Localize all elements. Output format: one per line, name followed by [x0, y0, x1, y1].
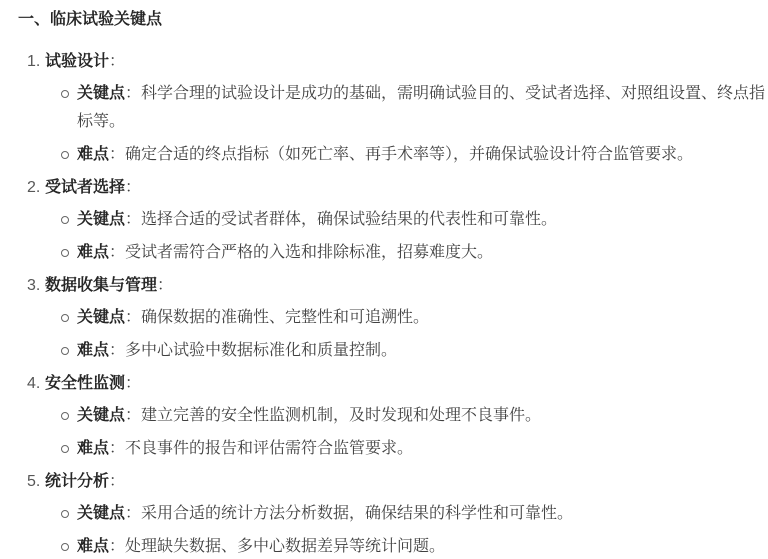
item-title-colon: ： — [109, 473, 125, 490]
bullet-difficulty: 难点：确定合适的终点指标（如死亡率、再手术率等），并确保试验设计符合监管要求。 — [77, 141, 768, 169]
bullet-label: 关键点 — [77, 309, 125, 326]
bullet-text: 选择合适的受试者群体，确保试验结果的代表性和可靠性。 — [141, 211, 557, 228]
bullet-label-colon: ： — [125, 211, 141, 228]
sub-list: 关键点：采用合适的统计方法分析数据，确保结果的科学性和可靠性。难点：处理缺失数据… — [45, 500, 768, 559]
item-title: 安全性监测 — [45, 375, 125, 392]
bullet-label-colon: ： — [125, 85, 141, 102]
bullet-label-colon: ： — [109, 538, 125, 555]
sub-list: 关键点：确保数据的准确性、完整性和可追溯性。难点：多中心试验中数据标准化和质量控… — [45, 304, 768, 365]
circle-bullet-icon — [61, 347, 69, 355]
circle-bullet-icon — [61, 314, 69, 322]
list-item-section: 3.数据收集与管理：关键点：确保数据的准确性、完整性和可追溯性。难点：多中心试验… — [45, 272, 768, 365]
circle-bullet-icon — [61, 249, 69, 257]
circle-bullet-icon — [61, 412, 69, 420]
circle-bullet-icon — [61, 90, 69, 98]
bullet-text: 科学合理的试验设计是成功的基础，需明确试验目的、受试者选择、对照组设置、终点指标… — [77, 85, 765, 130]
bullet-text: 确定合适的终点指标（如死亡率、再手术率等），并确保试验设计符合监管要求。 — [125, 146, 693, 163]
key-points-list: 1.试验设计：关键点：科学合理的试验设计是成功的基础，需明确试验目的、受试者选择… — [0, 48, 768, 559]
bullet-label-colon: ： — [109, 146, 125, 163]
list-item-section: 2.受试者选择：关键点：选择合适的受试者群体，确保试验结果的代表性和可靠性。难点… — [45, 174, 768, 267]
bullet-keypoint: 关键点：建立完善的安全性监测机制，及时发现和处理不良事件。 — [77, 402, 768, 430]
bullet-label-colon: ： — [109, 342, 125, 359]
page-title: 一、临床试验关键点 — [18, 10, 768, 30]
item-title: 数据收集与管理 — [45, 277, 157, 294]
bullet-label-colon: ： — [109, 244, 125, 261]
sub-list: 关键点：建立完善的安全性监测机制，及时发现和处理不良事件。难点：不良事件的报告和… — [45, 402, 768, 463]
bullet-label: 关键点 — [77, 505, 125, 522]
bullet-label: 难点 — [77, 440, 109, 457]
bullet-text: 受试者需符合严格的入选和排除标准，招募难度大。 — [125, 244, 493, 261]
bullet-label-colon: ： — [125, 505, 141, 522]
circle-bullet-icon — [61, 543, 69, 551]
bullet-difficulty: 难点：处理缺失数据、多中心数据差异等统计问题。 — [77, 533, 768, 559]
list-item-section: 1.试验设计：关键点：科学合理的试验设计是成功的基础，需明确试验目的、受试者选择… — [45, 48, 768, 169]
item-title: 试验设计 — [45, 53, 109, 70]
item-number: 3. — [27, 272, 40, 300]
bullet-label: 难点 — [77, 538, 109, 555]
bullet-text: 不良事件的报告和评估需符合监管要求。 — [125, 440, 413, 457]
item-title-colon: ： — [109, 53, 125, 70]
bullet-keypoint: 关键点：确保数据的准确性、完整性和可追溯性。 — [77, 304, 768, 332]
bullet-keypoint: 关键点：科学合理的试验设计是成功的基础，需明确试验目的、受试者选择、对照组设置、… — [77, 80, 768, 136]
item-title-colon: ： — [125, 179, 141, 196]
sub-list: 关键点：科学合理的试验设计是成功的基础，需明确试验目的、受试者选择、对照组设置、… — [45, 80, 768, 169]
circle-bullet-icon — [61, 216, 69, 224]
bullet-label: 难点 — [77, 342, 109, 359]
bullet-difficulty: 难点：不良事件的报告和评估需符合监管要求。 — [77, 435, 768, 463]
item-title-colon: ： — [125, 375, 141, 392]
bullet-label: 关键点 — [77, 407, 125, 424]
circle-bullet-icon — [61, 445, 69, 453]
bullet-label-colon: ： — [125, 309, 141, 326]
list-item-section: 5.统计分析：关键点：采用合适的统计方法分析数据，确保结果的科学性和可靠性。难点… — [45, 468, 768, 559]
bullet-label-colon: ： — [125, 407, 141, 424]
bullet-difficulty: 难点：多中心试验中数据标准化和质量控制。 — [77, 337, 768, 365]
bullet-text: 处理缺失数据、多中心数据差异等统计问题。 — [125, 538, 445, 555]
item-number: 2. — [27, 174, 40, 202]
item-number: 1. — [27, 48, 40, 76]
bullet-label: 关键点 — [77, 85, 125, 102]
list-item-section: 4.安全性监测：关键点：建立完善的安全性监测机制，及时发现和处理不良事件。难点：… — [45, 370, 768, 463]
document-page: { "page": { "background": "#ffffff", "te… — [0, 0, 768, 559]
bullet-keypoint: 关键点：采用合适的统计方法分析数据，确保结果的科学性和可靠性。 — [77, 500, 768, 528]
bullet-text: 多中心试验中数据标准化和质量控制。 — [125, 342, 397, 359]
sub-list: 关键点：选择合适的受试者群体，确保试验结果的代表性和可靠性。难点：受试者需符合严… — [45, 206, 768, 267]
item-title: 统计分析 — [45, 473, 109, 490]
bullet-difficulty: 难点：受试者需符合严格的入选和排除标准，招募难度大。 — [77, 239, 768, 267]
bullet-text: 确保数据的准确性、完整性和可追溯性。 — [141, 309, 429, 326]
bullet-label-colon: ： — [109, 440, 125, 457]
circle-bullet-icon — [61, 510, 69, 518]
item-title-colon: ： — [157, 277, 173, 294]
circle-bullet-icon — [61, 151, 69, 159]
bullet-text: 采用合适的统计方法分析数据，确保结果的科学性和可靠性。 — [141, 505, 573, 522]
bullet-keypoint: 关键点：选择合适的受试者群体，确保试验结果的代表性和可靠性。 — [77, 206, 768, 234]
bullet-text: 建立完善的安全性监测机制，及时发现和处理不良事件。 — [141, 407, 541, 424]
item-title: 受试者选择 — [45, 179, 125, 196]
bullet-label: 难点 — [77, 146, 109, 163]
bullet-label: 难点 — [77, 244, 109, 261]
item-number: 5. — [27, 468, 40, 496]
item-number: 4. — [27, 370, 40, 398]
bullet-label: 关键点 — [77, 211, 125, 228]
